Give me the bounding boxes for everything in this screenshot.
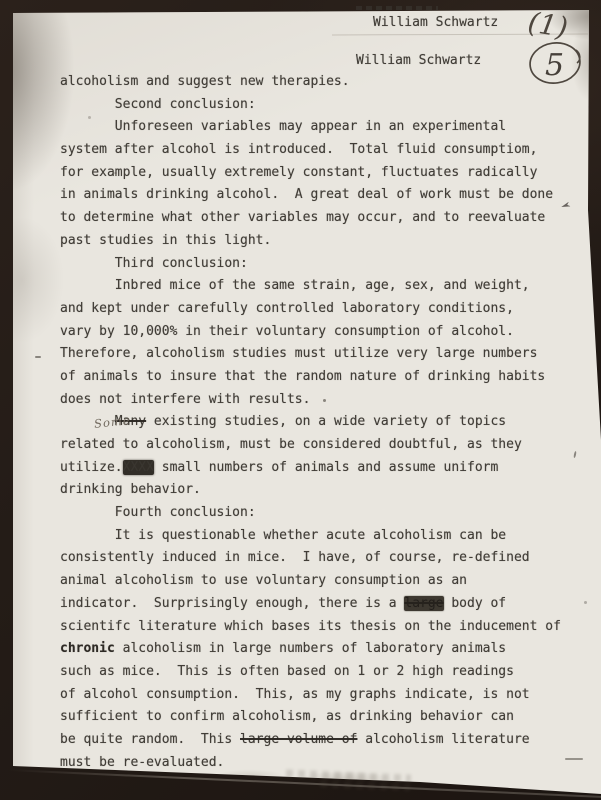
typed-line: Fourth conclusion: — [60, 505, 561, 528]
typed-text: indicator. Surprisingly enough, there is… — [60, 596, 404, 611]
ink-speck — [584, 601, 587, 604]
typed-text: does not interfere with results. — [60, 392, 310, 407]
bleed-through-smudge — [320, 781, 410, 791]
typed-line: Therefore, alcoholism studies must utili… — [60, 346, 561, 369]
typed-text: and kept under carefully controlled labo… — [60, 301, 514, 316]
typed-text: animal alcoholism to use voluntary consu… — [60, 573, 467, 588]
typed-line: Second conclusion: — [60, 97, 561, 120]
typed-text: Inbred mice of the same strain, age, sex… — [60, 278, 530, 293]
typed-line: of animals to insure that the random nat… — [60, 369, 561, 392]
typed-line: Third conclusion: — [60, 256, 561, 279]
typed-text: Fourth conclusion: — [60, 505, 256, 520]
typed-text: utilize. — [60, 460, 123, 475]
overtyped-bold-text: chronic — [60, 641, 115, 656]
typed-text: of alcohol consumption. This, as my grap… — [60, 687, 530, 702]
typed-text: Unforeseen variables may appear in an ex… — [60, 119, 506, 134]
typed-text: must be re-evaluated. — [60, 755, 224, 770]
typed-text: system after alcohol is introduced. Tota… — [60, 142, 537, 157]
typed-line: Many existing studies, on a wide variety… — [60, 414, 561, 437]
typed-text: It is questionable whether acute alcohol… — [60, 528, 506, 543]
typed-line: does not interfere with results. — [60, 392, 561, 415]
typed-line: vary by 10,000% in their voluntary consu… — [60, 324, 561, 347]
ink-speck — [88, 116, 91, 119]
typed-line: indicator. Surprisingly enough, there is… — [60, 596, 561, 619]
ink-speck — [35, 356, 41, 358]
struck-out-text: large volume of — [240, 732, 357, 747]
typed-line: past studies in this light. — [60, 233, 561, 256]
typed-text: past studies in this light. — [60, 233, 271, 248]
typed-text: be quite random. This — [60, 732, 240, 747]
scanned-document-photo: William Schwartz William Schwartz (1) 5 … — [0, 0, 601, 800]
typed-text: Therefore, alcoholism studies must utili… — [60, 346, 537, 361]
typed-text: Third conclusion: — [60, 256, 248, 271]
typed-line: Unforeseen variables may appear in an ex… — [60, 119, 561, 142]
typed-line: and kept under carefully controlled labo… — [60, 301, 561, 324]
typed-text: small numbers of animals and assume unif… — [154, 460, 498, 475]
typed-text: drinking behavior. — [60, 482, 201, 497]
ink-speck — [323, 399, 326, 402]
typed-text: in animals drinking alcohol. A great dea… — [60, 187, 553, 202]
author-name-back-page: William Schwartz — [373, 15, 498, 30]
typed-line: scientifc literature which bases its the… — [60, 619, 561, 642]
typed-line: sufficient to confirm alcoholism, as dri… — [60, 709, 561, 732]
typed-text: alcoholism and suggest new therapies. — [60, 74, 350, 89]
typed-text: related to alcoholism, must be considere… — [60, 437, 522, 452]
typed-line: such as mice. This is often based on 1 o… — [60, 664, 561, 687]
typed-text: sufficient to confirm alcoholism, as dri… — [60, 709, 514, 724]
typed-line: be quite random. This large volume of al… — [60, 732, 561, 755]
typed-text: consistently induced in mice. I have, of… — [60, 550, 530, 565]
typed-line: related to alcoholism, must be considere… — [60, 437, 561, 460]
typed-text: alcoholism in large numbers of laborator… — [115, 641, 506, 656]
pencil-dash — [565, 758, 583, 760]
typed-line: alcoholism and suggest new therapies. — [60, 74, 561, 97]
typed-body-text: alcoholism and suggest new therapies. Se… — [60, 74, 561, 777]
typed-text: scientifc literature which bases its the… — [60, 619, 561, 634]
typed-text: for example, usually extremely constant,… — [60, 165, 537, 180]
crossed-out-text: large — [404, 596, 443, 611]
typed-line: Inbred mice of the same strain, age, sex… — [60, 278, 561, 301]
typed-line: animal alcoholism to use voluntary consu… — [60, 573, 561, 596]
blotted-out-text: XXXX — [123, 460, 154, 475]
typed-line: chronic alcoholism in large numbers of l… — [60, 641, 561, 664]
typed-text: Second conclusion: — [60, 97, 256, 112]
typed-text: body of — [444, 596, 507, 611]
typed-line: It is questionable whether acute alcohol… — [60, 528, 561, 551]
typed-text: existing studies, on a wide variety of t… — [146, 414, 506, 429]
typed-text: of animals to insure that the random nat… — [60, 369, 545, 384]
typed-text: to determine what other variables may oc… — [60, 210, 545, 225]
typed-line: for example, usually extremely constant,… — [60, 165, 561, 188]
typed-line: to determine what other variables may oc… — [60, 210, 561, 233]
author-name-front-page: William Schwartz — [356, 53, 481, 68]
typed-line: utilize.XXXX small numbers of animals an… — [60, 460, 561, 483]
typed-line: consistently induced in mice. I have, of… — [60, 550, 561, 573]
typed-line: in animals drinking alcohol. A great dea… — [60, 187, 561, 210]
typed-line: of alcohol consumption. This, as my grap… — [60, 687, 561, 710]
typed-text: alcoholism literature — [357, 732, 529, 747]
ink-speck — [114, 172, 117, 174]
typed-line: drinking behavior. — [60, 482, 561, 505]
typed-text: such as mice. This is often based on 1 o… — [60, 664, 514, 679]
cut-off-text-remnant — [356, 6, 438, 10]
typed-text: vary by 10,000% in their voluntary consu… — [60, 324, 514, 339]
typed-line: system after alcohol is introduced. Tota… — [60, 142, 561, 165]
